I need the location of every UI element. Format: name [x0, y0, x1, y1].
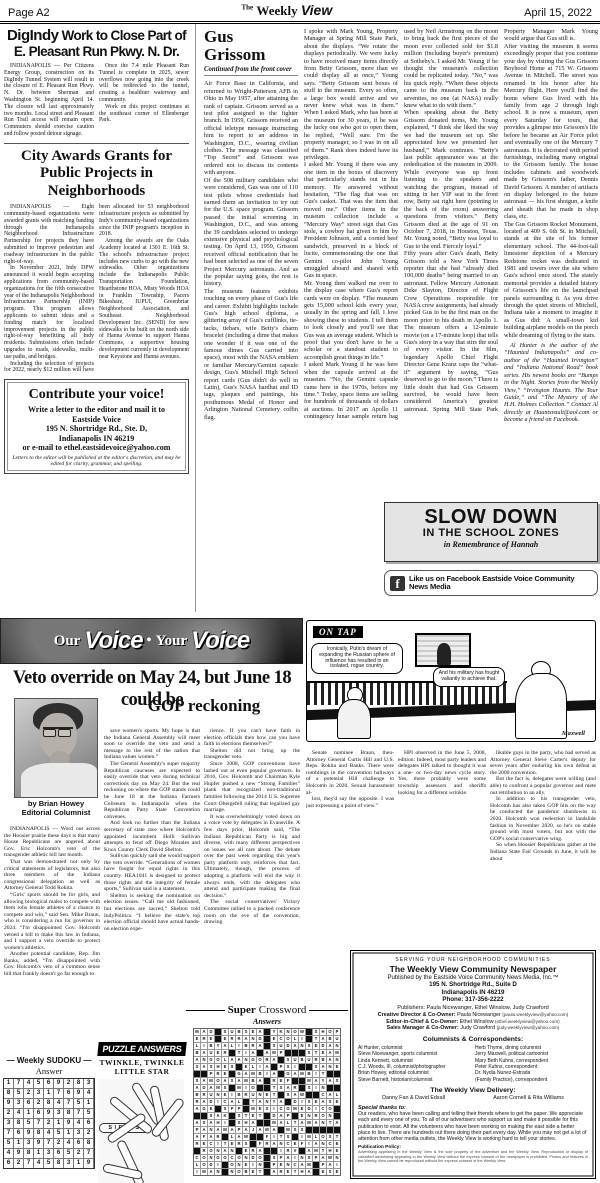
crossword-cell: [264, 1155, 270, 1161]
crossword-cell: N: [243, 1057, 249, 1063]
crossword-cell: D: [320, 1043, 326, 1049]
crossword-cell: A: [208, 1085, 214, 1091]
crossword-cell: [334, 1113, 340, 1119]
crossword-cell: [264, 1036, 270, 1042]
crossword-cell: [292, 1050, 298, 1056]
crossword-cell: S: [306, 1043, 312, 1049]
sudoku-cell: 6: [84, 1119, 93, 1128]
crossword-cell: R: [194, 1141, 200, 1147]
crossword-cell: M: [264, 1127, 270, 1133]
paragraph: HPI observed in the June 5, 2008, editio…: [398, 750, 486, 796]
sudoku-cell: 5: [54, 1129, 63, 1138]
crossword-cell: R: [292, 1085, 298, 1091]
crossword-cell: A: [264, 1064, 270, 1070]
crossword-cell: B: [320, 1057, 326, 1063]
sudoku-cell: 2: [4, 1109, 13, 1118]
crossword-cell: G: [208, 1057, 214, 1063]
staff-role-line: Creative Director & Co-Owner: Paula Nice…: [358, 1012, 588, 1019]
crossword-cell: L: [229, 1134, 235, 1140]
crossword-cell: A: [194, 1057, 200, 1063]
crossword-cell: A: [243, 1127, 249, 1133]
crossword-cell: E: [222, 1064, 228, 1070]
sudoku-cell: 9: [14, 1149, 23, 1158]
crossword-cell: A: [194, 1120, 200, 1126]
crossword-cell: A: [313, 1120, 319, 1126]
masthead-tagline: SERVING YOUR NEIGHBORHOOD COMMUNITIES: [358, 957, 588, 963]
crossword-cell: L: [222, 1057, 228, 1063]
crossword-cell: B: [236, 1029, 242, 1035]
crossword-cell: W: [299, 1029, 305, 1035]
crossword-cell: R: [229, 1036, 235, 1042]
paragraph: And look no further than the Indiana sec…: [104, 820, 200, 853]
crossword-cell: N: [320, 1085, 326, 1091]
crossword-cell: [257, 1085, 263, 1091]
crossword-cell: O: [285, 1106, 291, 1112]
crossword-cell: P: [236, 1127, 242, 1133]
crossword-cell: B: [257, 1071, 263, 1077]
sudoku-cell: 2: [34, 1099, 43, 1108]
paragraph: I spoke with Mark Young, Property Manage…: [304, 28, 398, 161]
policy-body: Advertising appearing in the Weekly View…: [358, 1150, 588, 1164]
crossword-cell: P: [208, 1071, 214, 1077]
crossword-cell: F: [257, 1141, 263, 1147]
crossword-cell: G: [201, 1106, 207, 1112]
crossword-cell: [215, 1106, 221, 1112]
crossword-cell: S: [243, 1029, 249, 1035]
our-voice-banner: Our Voice • Your Voice: [0, 618, 303, 664]
crossword-cell: S: [243, 1141, 249, 1147]
crossword-cell: D: [271, 1113, 277, 1119]
crossword-cell: D: [250, 1155, 256, 1161]
crossword-cell: A: [236, 1078, 242, 1084]
crossword-cell: S: [313, 1029, 319, 1035]
crossword-cell: R: [236, 1141, 242, 1147]
crossword-cell: S: [222, 1106, 228, 1112]
crossword-cell: T: [313, 1036, 319, 1042]
paragraph: INDIANAPOLIS — Word out across the Hoosi…: [4, 826, 100, 859]
crossword-cell: A: [257, 1148, 263, 1154]
digindy-brand: DigIndy: [7, 27, 59, 44]
crossword-cell: A: [278, 1099, 284, 1105]
wordsearch-answer-art: SIRIUS: [98, 1079, 184, 1183]
crossword-cell: [327, 1071, 333, 1077]
crossword-cell: C: [222, 1099, 228, 1105]
staff-role-line: Sales Manager & Co-Owner: Judy Crawford …: [358, 1025, 588, 1032]
facebook-promo-bar: f Like us on Facebook Eastside Voice Com…: [384, 570, 598, 596]
grissom-continued-note: Continued from the front cover: [204, 66, 298, 76]
crossword-cell: [264, 1043, 270, 1049]
sudoku-cell: 5: [4, 1139, 13, 1148]
crossword-cell: E: [250, 1029, 256, 1035]
crossword-cell: E: [257, 1106, 263, 1112]
crossword-cell: T: [320, 1071, 326, 1077]
sudoku-cell: 1: [54, 1119, 63, 1128]
crossword-cell: T: [320, 1148, 326, 1154]
crossword-cell: I: [313, 1071, 319, 1077]
crossword-cell: V: [292, 1148, 298, 1154]
sudoku-cell: 3: [4, 1119, 13, 1128]
crossword-cell: A: [327, 1043, 333, 1049]
crossword-cell: A: [292, 1043, 298, 1049]
crossword-cell: B: [250, 1078, 256, 1084]
crossword-cell: N: [278, 1141, 284, 1147]
crossword-cell: M: [292, 1106, 298, 1112]
crossword-cell: A: [271, 1057, 277, 1063]
staff-role-line: Editor-in-Chief & Co-Owner: Ethel Winslo…: [358, 1019, 588, 1026]
sudoku-cell: 8: [44, 1099, 53, 1108]
crossword-cell: I: [271, 1106, 277, 1112]
crossword-cell: N: [215, 1148, 221, 1154]
crossword-cell: [243, 1099, 249, 1105]
paragraph: Air Force Base in California, and return…: [204, 80, 298, 176]
crossword-cell: O: [250, 1085, 256, 1091]
sudoku-cell: 6: [64, 1089, 73, 1098]
sudoku-cell: 2: [14, 1159, 23, 1168]
newspaper-nameplate: The Weekly View: [241, 2, 332, 19]
masthead-staff-roles: Creative Director & Co-Owner: Paula Nice…: [358, 1012, 588, 1032]
crossword-cell: Y: [271, 1029, 277, 1035]
sudoku-cell: 4: [24, 1079, 33, 1088]
sudoku-cell: 6: [44, 1079, 53, 1088]
crossword-cell: P: [278, 1155, 284, 1161]
crossword-cell: A: [215, 1113, 221, 1119]
crossword-cell: E: [313, 1099, 319, 1105]
crossword-cell: E: [278, 1162, 284, 1168]
crossword-cell: C: [320, 1092, 326, 1098]
crossword-cell: R: [201, 1036, 207, 1042]
crossword-cell: I: [215, 1099, 221, 1105]
crossword-cell: [285, 1099, 291, 1105]
paragraph: Mr. Young then walked me over to the dis…: [304, 280, 398, 361]
paragraph: “Girls' sports should be for girls, and …: [4, 892, 100, 951]
crossword-cell: A: [257, 1099, 263, 1105]
crossword-cell: R: [243, 1092, 249, 1098]
crossword-cell: D: [208, 1162, 214, 1168]
cartoonist-signature: Maxwell: [562, 730, 585, 737]
crossword-cell: [306, 1127, 312, 1133]
crossword-cell: N: [243, 1155, 249, 1161]
sudoku-cell: 3: [24, 1139, 33, 1148]
crossword-cell: S: [306, 1050, 312, 1056]
crossword-cell: [334, 1085, 340, 1091]
paragraph: lost, they'd say the opposite. I was jus…: [306, 796, 394, 809]
crossword-cell: [334, 1127, 340, 1133]
crossword-cell: P: [229, 1106, 235, 1112]
paragraph: So when Hoosier Republicans gather at th…: [490, 842, 596, 862]
paragraph: That was demonstrated not only by critic…: [4, 859, 100, 892]
crossword-cell: T: [313, 1050, 319, 1056]
crossword-cell: F: [264, 1134, 270, 1140]
tv-screen-shape: [415, 633, 471, 667]
crossword-cell: T: [271, 1092, 277, 1098]
crossword-cell: R: [215, 1071, 221, 1077]
crossword-cell: U: [334, 1036, 340, 1042]
sudoku-cell: 7: [34, 1119, 43, 1128]
crossword-cell: N: [306, 1113, 312, 1119]
contribute-line4: Indianapolis IN 46219: [11, 434, 182, 444]
contribute-line2: Eastside Voice: [11, 415, 182, 425]
crossword-cell: A: [271, 1169, 277, 1175]
crossword-cell: R: [264, 1141, 270, 1147]
crossword-cell: I: [334, 1162, 340, 1168]
sudoku-cell: 2: [84, 1129, 93, 1138]
crossword-cell: [194, 1113, 200, 1119]
sudoku-cell: 4: [4, 1149, 13, 1158]
sudoku-cell: 9: [44, 1109, 53, 1118]
crossword-cell: [278, 1057, 284, 1063]
crossword-cell: A: [222, 1078, 228, 1084]
crossword-cell: B: [194, 1092, 200, 1098]
crossword-cell: A: [243, 1036, 249, 1042]
brian-howey-photo: [14, 698, 98, 798]
crossword-grid: MADSUBSEAYKNOWSHOPEREERRANDECOLITABULIBY…: [193, 1028, 341, 1176]
crossword-cell: S: [285, 1134, 291, 1140]
delivery-left: Danny Fan & David Edsall: [382, 1095, 445, 1101]
opinion-column-5: HPI observed in the June 5, 2008, editio…: [398, 750, 486, 944]
sudoku-grid: 1745692838523176949362847512416938753857…: [3, 1078, 95, 1169]
crossword-cell: I: [313, 1106, 319, 1112]
crossword-cell: [334, 1106, 340, 1112]
crossword-cell: [194, 1148, 200, 1154]
crossword-cell: S: [299, 1127, 305, 1133]
crossword-cell: T: [271, 1085, 277, 1091]
digindy-article-body: INDIANAPOLIS — Per Citizens Energy Group…: [4, 63, 189, 138]
crossword-cell: A: [208, 1169, 214, 1175]
paragraph: When speaking about the Betty Grissom do…: [404, 109, 498, 250]
crossword-cell: [264, 1113, 270, 1119]
sudoku-cell: 8: [74, 1079, 83, 1088]
city-awards-article-body: INDIANAPOLIS — Eight community-based org…: [4, 204, 189, 374]
paragraph: Sullivan quickly said she would support …: [104, 853, 200, 893]
crossword-cell: I: [215, 1162, 221, 1168]
crossword-cell: C: [285, 1141, 291, 1147]
crossword-cell: D: [201, 1085, 207, 1091]
crossword-cell: I: [194, 1169, 200, 1175]
crossword-cell: S: [306, 1085, 312, 1091]
left-column: DigIndy Work to Close Part of E. Pleasan…: [0, 24, 196, 612]
sudoku-cell: 2: [44, 1119, 53, 1128]
crossword-cell: S: [285, 1064, 291, 1070]
crossword-cell: P: [278, 1050, 284, 1056]
crossword-cell: S: [222, 1029, 228, 1035]
crossword-cell: W: [243, 1134, 249, 1140]
crossword-cell: G: [236, 1071, 242, 1077]
columnists-lists: Al Hunter, columnistSteve Nicewanger, sp…: [358, 1045, 588, 1083]
crossword-cell: A: [201, 1127, 207, 1133]
columnists-heading: Columnists & Correspondents:: [358, 1036, 588, 1043]
crossword-cell: W: [299, 1092, 305, 1098]
puzzle-answers-block: PUZZLE ANSWERS TWINKLE, TWINKLE LITTLE S…: [98, 1042, 186, 1183]
crossword-cell: N: [285, 1029, 291, 1035]
crossword-cell: E: [243, 1162, 249, 1168]
sudoku-cell: 1: [34, 1149, 43, 1158]
nameplate-the: The: [241, 4, 253, 12]
crossword-cell: R: [201, 1092, 207, 1098]
slow-down-notice: SLOW DOWN IN THE SCHOOL ZONES in Remembr…: [384, 502, 598, 562]
crossword-cell: I: [229, 1092, 235, 1098]
newspaper-page: Page A2 The Weekly View April 15, 2022 D…: [0, 0, 600, 1183]
crossword-cell: G: [285, 1071, 291, 1077]
crossword-cell: R: [278, 1169, 284, 1175]
opinion-column-2: save women's sports. My hope is that the…: [104, 728, 200, 1038]
crossword-cell: [306, 1064, 312, 1070]
crossword-cell: U: [278, 1043, 284, 1049]
paragraph: INDIANAPOLIS — Per Citizens Energy Group…: [4, 63, 94, 138]
crossword-cell: A: [292, 1071, 298, 1077]
crossword-cell: C: [320, 1106, 326, 1112]
crossword-cell: P: [236, 1106, 242, 1112]
crossword-cell: H: [215, 1064, 221, 1070]
sudoku-cell: 1: [44, 1089, 53, 1098]
crossword-cell: A: [264, 1050, 270, 1056]
crossword-cell: [264, 1169, 270, 1175]
paragraph: I asked Mr. Young if there was any one i…: [304, 161, 398, 280]
crossword-cell: S: [222, 1085, 228, 1091]
crossword-cell: E: [334, 1148, 340, 1154]
crossword-cell: A: [208, 1120, 214, 1126]
crossword-cell: [229, 1113, 235, 1119]
slow-down-line1: SLOW DOWN: [385, 507, 597, 527]
crossword-cell: N: [250, 1036, 256, 1042]
crossword-cell: I: [278, 1148, 284, 1154]
crossword-cell: B: [236, 1092, 242, 1098]
speech-bubble-1: Ironically, Putin's dream of expanding t…: [311, 643, 403, 674]
crossword-cell: E: [222, 1036, 228, 1042]
title-rule-left: [186, 1010, 225, 1011]
banner-voice1: Voice: [84, 627, 142, 655]
crossword-cell: [334, 1071, 340, 1077]
crossword-cell: H: [327, 1148, 333, 1154]
title-rule-right: [309, 1010, 348, 1011]
crossword-cell: A: [229, 1127, 235, 1133]
sudoku-cell: 9: [34, 1139, 43, 1148]
crossword-cell: [299, 1064, 305, 1070]
crossword-cell: M: [271, 1050, 277, 1056]
masthead-box: SERVING YOUR NEIGHBORHOOD COMMUNITIES Th…: [350, 950, 596, 1179]
crossword-cell: C: [208, 1141, 214, 1147]
sudoku-cell: 1: [84, 1099, 93, 1108]
crossword-cell: [264, 1078, 270, 1084]
crossword-cell: A: [271, 1127, 277, 1133]
crossword-cell: T: [334, 1134, 340, 1140]
crossword-cell: I: [236, 1043, 242, 1049]
crossword-cell: M: [222, 1127, 228, 1133]
crossword-cell: A: [201, 1050, 207, 1056]
crossword-cell: A: [236, 1057, 242, 1063]
crossword-cell: D: [306, 1106, 312, 1112]
crossword-cell: [313, 1162, 319, 1168]
crossword-cell: P: [278, 1064, 284, 1070]
crossword-cell: N: [299, 1155, 305, 1161]
crossword-cell: T: [236, 1050, 242, 1056]
sudoku-cell: 3: [74, 1129, 83, 1138]
crossword-cell: I: [313, 1085, 319, 1091]
crossword-cell: B: [243, 1169, 249, 1175]
crossword-cell: [250, 1141, 256, 1147]
crossword-cell: E: [222, 1071, 228, 1077]
crossword-cell: N: [208, 1127, 214, 1133]
crossword-cell: S: [236, 1113, 242, 1119]
sudoku-cell: 6: [14, 1129, 23, 1138]
crossword-cell: Y: [320, 1078, 326, 1084]
sudoku-cell: 3: [14, 1099, 23, 1108]
sudoku-subtitle: Answer: [2, 1066, 96, 1076]
crossword-cell: [215, 1029, 221, 1035]
sudoku-answer-block: — Weekly SUDOKU — Answer 174569283852317…: [2, 1056, 96, 1169]
crossword-cell: E: [222, 1092, 228, 1098]
crossword-cell: I: [299, 1036, 305, 1042]
crossword-cell: O: [320, 1134, 326, 1140]
crossword-cell: A: [334, 1120, 340, 1126]
crossword-cell: A: [320, 1036, 326, 1042]
crossword-cell: P: [334, 1029, 340, 1035]
crossword-cell: A: [327, 1057, 333, 1063]
crossword-cell: U: [306, 1057, 312, 1063]
crossword-cell: A: [278, 1120, 284, 1126]
crossword-cell: [278, 1127, 284, 1133]
crossword-cell: O: [327, 1106, 333, 1112]
crossword-cell: H: [215, 1120, 221, 1126]
crossword-cell: E: [229, 1141, 235, 1147]
crossword-cell: O: [215, 1057, 221, 1063]
crossword-cell: S: [278, 1085, 284, 1091]
crossword-cell: D: [208, 1099, 214, 1105]
crossword-cell: K: [278, 1029, 284, 1035]
crossword-cell: I: [243, 1050, 249, 1056]
sudoku-cell: 3: [54, 1109, 63, 1118]
crossword-cell: T: [222, 1141, 228, 1147]
crossword-cell: M: [271, 1120, 277, 1126]
crossword-cell: [292, 1134, 298, 1140]
crossword-cell: [222, 1134, 228, 1140]
crossword-cell: B: [299, 1057, 305, 1063]
crossword-cell: I: [222, 1120, 228, 1126]
crossword-cell: N: [299, 1043, 305, 1049]
crossword-cell: [194, 1071, 200, 1077]
crossword-cell: M: [250, 1106, 256, 1112]
crossword-cell: G: [215, 1155, 221, 1161]
digindy-headline: DigIndy Work to Close Part of E. Pleasan…: [4, 28, 189, 60]
crossword-cell: O: [229, 1162, 235, 1168]
crossword-cell: M: [243, 1078, 249, 1084]
crossword-cell: [264, 1148, 270, 1154]
sudoku-cell: 6: [54, 1149, 63, 1158]
crossword-cell: L: [236, 1099, 242, 1105]
crossword-cell: W: [327, 1155, 333, 1161]
sudoku-cell: 9: [74, 1089, 83, 1098]
sudoku-cell: 2: [54, 1139, 63, 1148]
crossword-cell: I: [306, 1141, 312, 1147]
sudoku-cell: 8: [84, 1139, 93, 1148]
crossword-cell: [306, 1092, 312, 1098]
sudoku-cell: 1: [74, 1159, 83, 1168]
crossword-cell: [278, 1092, 284, 1098]
crossword-cell: E: [334, 1064, 340, 1070]
bartender-body-shape: [515, 673, 567, 739]
crossword-cell: [236, 1064, 242, 1070]
crossword-cell: O: [201, 1162, 207, 1168]
paragraph: save women's sports. My hope is that the…: [104, 728, 200, 761]
wordsearch-title-line2: LITTLE STAR: [98, 1068, 186, 1077]
crossword-cell: F: [201, 1134, 207, 1140]
crossword-cell: N: [327, 1064, 333, 1070]
crossword-cell: K: [222, 1113, 228, 1119]
thanks-body: Our readers, who have been calling and t…: [358, 1111, 588, 1142]
crossword-cell: T: [327, 1120, 333, 1126]
author-bio: Al Hunter is the author of the “Haunted …: [504, 342, 598, 423]
opinion-section: Our Voice • Your Voice Veto override on …: [0, 612, 600, 1183]
masthead-publishers: Publishers: Paula Nicewanger, Ethel Wins…: [358, 1005, 588, 1011]
